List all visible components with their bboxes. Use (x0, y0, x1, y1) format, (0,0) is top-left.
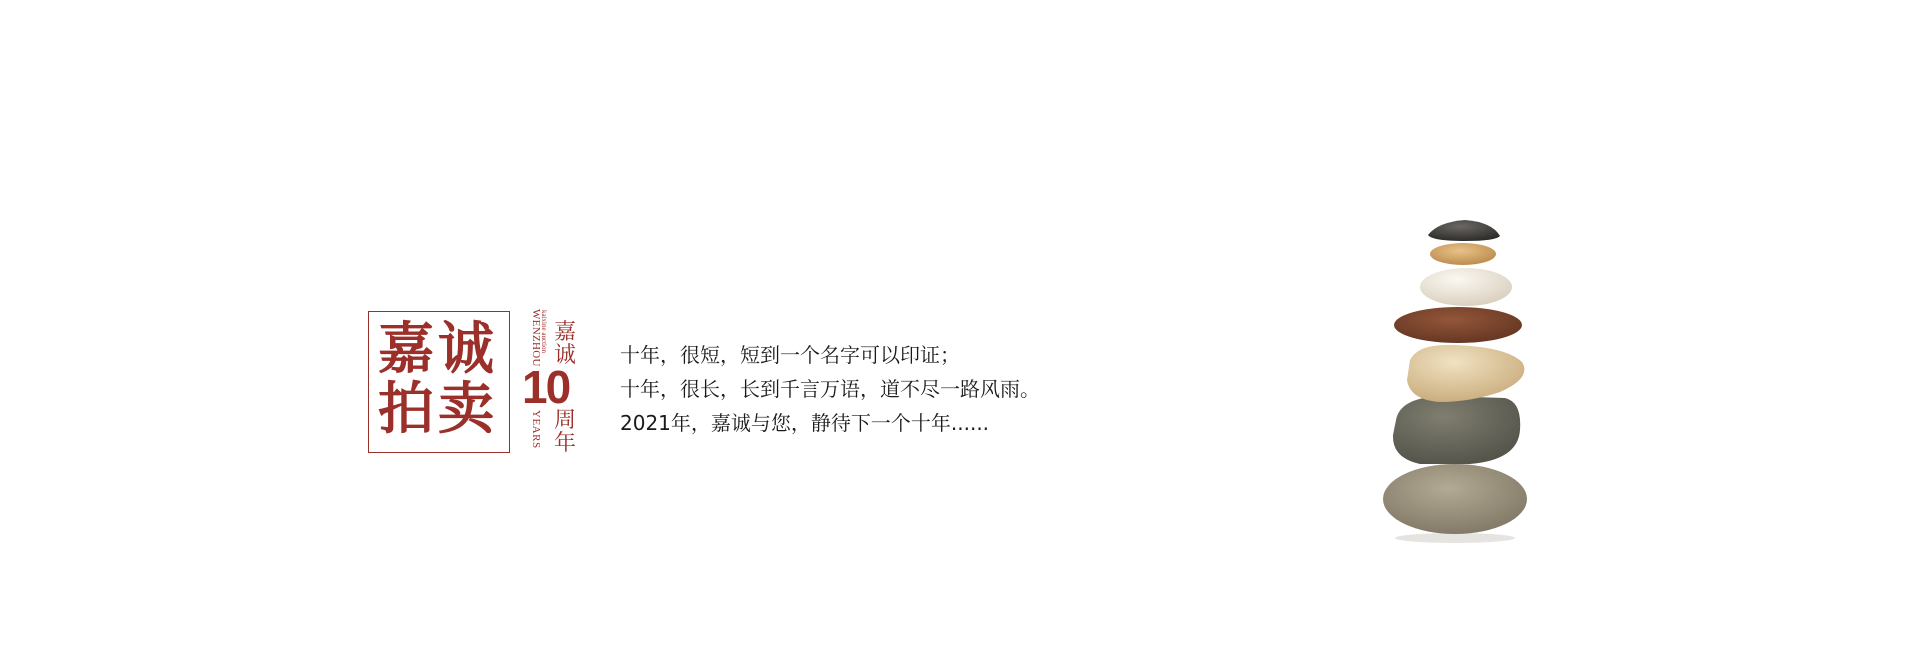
side-char: 周 (553, 409, 577, 432)
stone-cream (1407, 345, 1524, 402)
stone-gray-tan (1383, 464, 1527, 534)
poem-line: 2021年，嘉诚与您，静待下一个十年...... (620, 406, 1040, 440)
stone-dark-gray (1428, 220, 1500, 241)
stone-tan (1430, 243, 1496, 265)
years-label: YEARS (530, 410, 541, 449)
logo-char: 嘉 (377, 322, 435, 378)
anniversary-number: 10 (522, 364, 569, 410)
logo-frame: 嘉 诚 拍 卖 (368, 311, 510, 453)
poem-line: 十年，很短，短到一个名字可以印证； (620, 338, 1040, 372)
side-char: 年 (553, 432, 577, 455)
stone-dark-olive (1393, 396, 1520, 464)
stone-shadow (1395, 533, 1515, 543)
logo-char: 拍 (377, 382, 435, 438)
stacked-stones-image (1375, 210, 1545, 550)
side-char: 嘉 (553, 321, 577, 344)
subtitle-label: kaixine auction (540, 310, 548, 353)
stone-brown (1394, 307, 1522, 343)
logo-char: 诚 (437, 322, 495, 378)
logo-char: 卖 (437, 382, 495, 438)
poem-line: 十年，很长，长到千言万语，道不尽一路风雨。 (620, 372, 1040, 406)
poem-text: 十年，很短，短到一个名字可以印证； 十年，很长，长到千言万语，道不尽一路风雨。 … (620, 338, 1040, 440)
stone-white (1420, 268, 1512, 306)
